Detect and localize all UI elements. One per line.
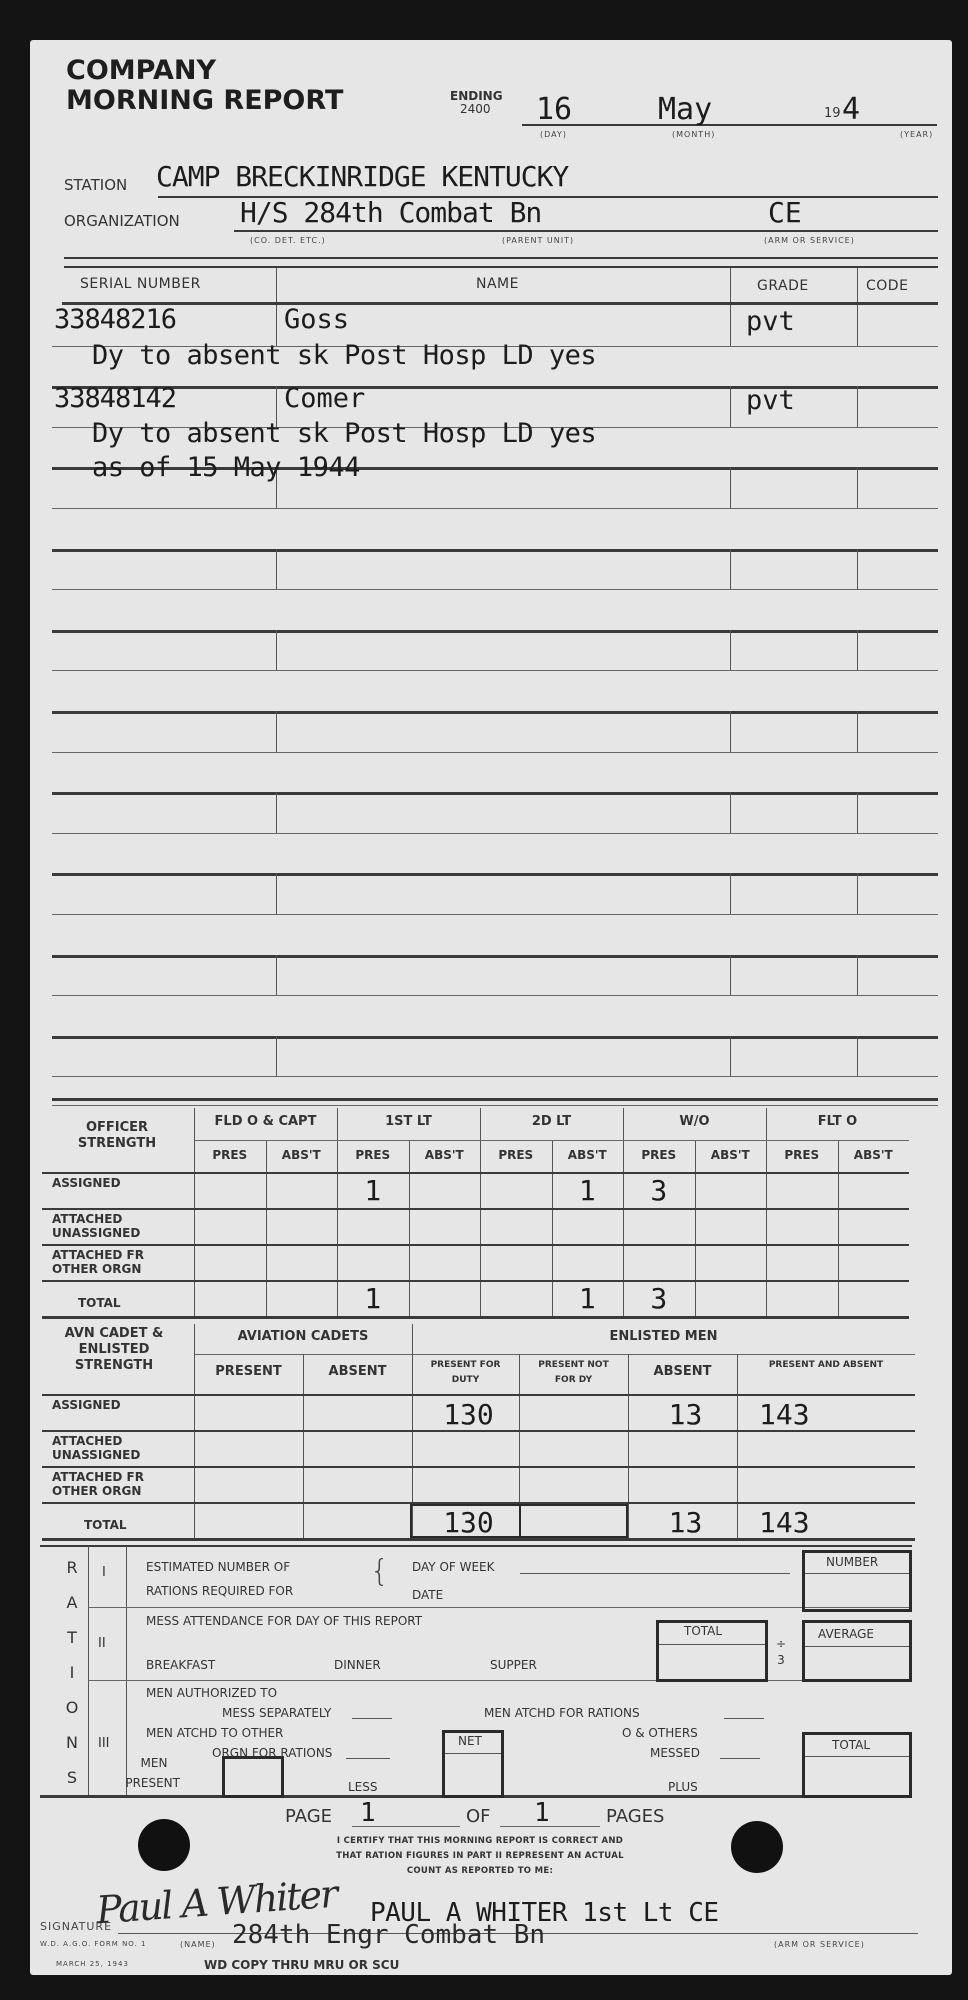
men-authorized-label-1: MEN AUTHORIZED TO — [146, 1686, 277, 1700]
number-box-rule — [805, 1573, 909, 1574]
ruled-line — [52, 589, 938, 590]
aviation-cadets-header: AVIATION CADETS — [194, 1329, 412, 1344]
men-present-box[interactable] — [222, 1756, 284, 1798]
enlisted-cell[interactable]: 143 — [743, 1398, 915, 1431]
entry-serial: 33848216 — [54, 304, 176, 335]
org-caption-arm: (ARM OR SERVICE) — [764, 236, 855, 245]
rations-side-label: R A T I O N S — [64, 1550, 80, 1795]
divider — [730, 955, 731, 996]
divider — [266, 1140, 267, 1316]
name-caption: (NAME) — [180, 1940, 216, 1949]
organization-label: ORGANIZATION — [64, 212, 180, 230]
less-label: LESS — [348, 1780, 378, 1794]
divider — [276, 873, 277, 914]
enlisted-men-header: ENLISTED MEN — [412, 1329, 915, 1344]
entry-grade: pvt — [746, 385, 795, 416]
total-3-label: TOTAL — [832, 1738, 870, 1752]
enlisted-sub-header: PRESENT FOR DUTY — [412, 1358, 519, 1388]
divider — [857, 1036, 858, 1077]
side-letter: I — [64, 1655, 80, 1690]
report-year: 4 — [842, 92, 860, 127]
officer-group-header: 2D LT — [480, 1114, 623, 1129]
men-atchd-other-label-1: MEN ATCHD TO OTHER — [146, 1726, 283, 1740]
entry-grade: pvt — [746, 306, 795, 337]
of-label: OF — [466, 1806, 491, 1827]
ruled-line — [52, 995, 938, 996]
ruled-line — [52, 833, 938, 834]
officer-sub-header: PRES — [623, 1148, 695, 1162]
officer-group-header: FLD O & CAPT — [194, 1114, 337, 1129]
station-label: STATION — [64, 176, 127, 194]
divider — [730, 630, 731, 671]
enlisted-sub-header: ABSENT — [628, 1364, 737, 1380]
officer-sub-header: PRES — [766, 1148, 838, 1162]
ruled-line — [52, 549, 938, 552]
men-atchd-rations-label: MEN ATCHD FOR RATIONS — [484, 1706, 640, 1720]
officer-cell[interactable]: 1 — [552, 1174, 624, 1207]
rule — [42, 1394, 915, 1396]
divider — [730, 386, 731, 427]
net-box-rule — [445, 1753, 501, 1754]
net-label: NET — [458, 1734, 482, 1748]
ruled-line — [52, 670, 938, 671]
brace-icon: { — [370, 1554, 389, 1589]
enlisted-sub-header: PRESENT — [194, 1364, 303, 1380]
officer-group-header: 1ST LT — [337, 1114, 480, 1129]
date-underline — [522, 124, 937, 126]
supper-label: SUPPER — [490, 1658, 537, 1672]
messed-line[interactable] — [720, 1758, 760, 1759]
pages-label: PAGES — [606, 1806, 664, 1827]
average-box-rule — [805, 1646, 909, 1647]
rule — [42, 1280, 909, 1282]
number-label: NUMBER — [826, 1555, 878, 1569]
divider — [838, 1140, 839, 1316]
part-1-number: I — [102, 1565, 106, 1580]
certify-line: THAT RATION FIGURES IN PART II REPRESENT… — [250, 1849, 710, 1864]
divider — [276, 711, 277, 752]
rule — [194, 1140, 909, 1141]
officer-sub-header: ABS'T — [838, 1148, 910, 1162]
mess-attendance-label: MESS ATTENDANCE FOR DAY OF THIS REPORT — [146, 1614, 422, 1628]
officer-sub-header: ABS'T — [266, 1148, 338, 1162]
divider — [857, 630, 858, 671]
total-label: TOTAL — [684, 1624, 722, 1638]
certify-line: I CERTIFY THAT THIS MORNING REPORT IS CO… — [250, 1834, 710, 1849]
o-others-label-2: MESSED — [650, 1746, 700, 1760]
officer-cell[interactable]: 1 — [337, 1282, 409, 1315]
side-letter: R — [64, 1550, 80, 1585]
divider — [276, 1036, 277, 1077]
enlisted-row-label: TOTAL — [84, 1518, 164, 1532]
enlisted-sub-header: ABSENT — [303, 1364, 412, 1380]
year-caption: (YEAR) — [900, 130, 933, 139]
day-of-week-line[interactable] — [520, 1573, 790, 1574]
divider — [519, 1504, 521, 1536]
divider — [276, 792, 277, 833]
divider — [730, 268, 731, 304]
divider — [730, 873, 731, 914]
entries-bottom-rule — [52, 1105, 938, 1106]
divider — [276, 955, 277, 996]
divider — [857, 549, 858, 590]
divider — [276, 268, 277, 304]
total-3-box-rule — [805, 1756, 909, 1757]
divide-by-three: ÷ 3 — [774, 1636, 788, 1668]
enlisted-sub-header: PRESENT NOT FOR DY — [519, 1358, 628, 1388]
header-rule-1 — [64, 257, 938, 259]
divider — [695, 1140, 696, 1316]
entries-bottom-rule — [52, 1098, 938, 1101]
divider — [276, 630, 277, 671]
divider — [857, 955, 858, 996]
arm-caption: (ARM OR SERVICE) — [774, 1940, 865, 1949]
plus-label: PLUS — [668, 1780, 698, 1794]
entry-name: Comer — [284, 383, 365, 414]
officer-sub-header: ABS'T — [695, 1148, 767, 1162]
rule — [42, 1538, 915, 1541]
form-title: COMPANY MORNING REPORT — [66, 56, 343, 116]
rations-rule — [88, 1607, 912, 1608]
officer-row-label: ASSIGNED — [52, 1176, 182, 1190]
divider — [276, 549, 277, 590]
part-2-number: II — [98, 1636, 106, 1651]
divider — [88, 1546, 89, 1796]
page-line — [352, 1826, 460, 1827]
divider — [730, 549, 731, 590]
divider — [857, 268, 858, 304]
col-grade: GRADE — [757, 278, 809, 294]
divider — [857, 792, 858, 833]
side-letter: S — [64, 1760, 80, 1795]
month-caption: (MONTH) — [672, 130, 715, 139]
enlisted-strength-title: AVN CADET & ENLISTED STRENGTH — [54, 1326, 174, 1374]
year-prefix: 19 — [824, 106, 841, 121]
officer-sub-header: ABS'T — [552, 1148, 624, 1162]
men-authorized-label-2: MESS SEPARATELY — [222, 1706, 331, 1720]
officer-sub-header: PRES — [480, 1148, 552, 1162]
title-line-2: MORNING REPORT — [66, 86, 343, 116]
col-serial-number: SERIAL NUMBER — [80, 276, 201, 292]
arm-service-value: CE — [768, 196, 802, 229]
dinner-label: DINNER — [334, 1658, 381, 1672]
part-1-label-2: RATIONS REQUIRED FOR — [146, 1584, 293, 1598]
divider — [857, 386, 858, 427]
pages-number: 1 — [534, 1798, 550, 1828]
divider — [857, 711, 858, 752]
side-letter: T — [64, 1620, 80, 1655]
enlisted-cell[interactable]: 143 — [743, 1506, 915, 1539]
date-label: DATE — [412, 1588, 443, 1602]
officer-group-header: W/O — [623, 1114, 766, 1129]
pages-line — [500, 1826, 600, 1827]
entry-name: Goss — [284, 304, 349, 335]
wd-copy-note: WD COPY THRU MRU OR SCU — [204, 1958, 399, 1972]
rule — [42, 1208, 909, 1210]
ruled-line — [52, 752, 938, 753]
officer-cell[interactable]: 1 — [552, 1282, 624, 1315]
col-code: CODE — [866, 278, 908, 294]
orgn-rations-line[interactable] — [346, 1758, 390, 1759]
divider — [857, 467, 858, 508]
page-number: 1 — [360, 1798, 376, 1828]
side-letter: O — [64, 1690, 80, 1725]
officer-row-label: ATTACHED FR OTHER ORGN — [52, 1248, 182, 1276]
enlisted-cell[interactable]: 130 — [418, 1398, 519, 1431]
rations-top-rule — [40, 1545, 912, 1547]
divider — [730, 1036, 731, 1077]
organization-value: H/S 284th Combat Bn — [240, 196, 541, 229]
divider — [857, 305, 858, 346]
entry-remark: as of 15 May 1944 — [92, 452, 360, 483]
divider — [303, 1354, 304, 1538]
rations-rule — [88, 1680, 912, 1681]
officer-sub-header: PRES — [194, 1148, 266, 1162]
ruled-line — [52, 508, 938, 509]
officer-strength-title: OFFICER STRENGTH — [62, 1120, 172, 1152]
divider — [409, 1140, 410, 1316]
rule — [42, 1172, 909, 1174]
col-name: NAME — [476, 276, 519, 292]
rule — [42, 1430, 915, 1432]
ruled-line — [52, 914, 938, 915]
divider — [730, 711, 731, 752]
station-value: CAMP BRECKINRIDGE KENTUCKY — [156, 160, 568, 193]
form-date: MARCH 25, 1943 — [56, 1960, 129, 1968]
part-3-number: III — [98, 1736, 110, 1751]
entry-serial: 33848142 — [54, 383, 176, 414]
punch-hole-left — [138, 1819, 190, 1871]
officer-sub-header: ABS'T — [409, 1148, 481, 1162]
enlisted-row-label: ATTACHED FR OTHER ORGN — [52, 1470, 182, 1498]
ruled-line — [52, 711, 938, 714]
entry-remark: Dy to absent sk Post Hosp LD yes — [92, 340, 596, 371]
divider — [730, 792, 731, 833]
divider — [730, 305, 731, 346]
side-letter: N — [64, 1725, 80, 1760]
enlisted-sub-header: PRESENT AND ABSENT — [737, 1358, 915, 1373]
org-caption-co: (CO. DET. ETC.) — [250, 236, 326, 245]
part-1-label-1: ESTIMATED NUMBER OF — [146, 1560, 290, 1574]
day-caption: (DAY) — [540, 130, 567, 139]
organization-underline — [234, 230, 938, 232]
report-day: 16 — [536, 92, 572, 127]
men-present-label-1: MEN — [124, 1756, 184, 1770]
officer-sub-header: PRES — [337, 1148, 409, 1162]
side-letter: A — [64, 1585, 80, 1620]
total-box-rule — [659, 1644, 765, 1645]
divider — [730, 467, 731, 508]
officer-cell[interactable]: 3 — [623, 1282, 695, 1315]
mess-separately-line[interactable] — [352, 1718, 392, 1719]
ending-time: 2400 — [450, 103, 503, 116]
form-number: W.D. A.G.O. FORM NO. 1 — [40, 1940, 146, 1948]
enlisted-row-label: ASSIGNED — [52, 1398, 182, 1412]
officer-cell[interactable]: 3 — [623, 1174, 695, 1207]
signer-unit: 284th Engr Combat Bn — [232, 1920, 545, 1950]
ruled-line — [52, 792, 938, 795]
men-present-label-2: PRESENT — [86, 1776, 180, 1790]
ruled-line — [52, 630, 938, 633]
divider — [628, 1354, 629, 1538]
title-line-1: COMPANY — [66, 56, 343, 86]
enlisted-row-label: ATTACHED UNASSIGNED — [52, 1434, 182, 1462]
rule — [42, 1244, 909, 1246]
rule — [42, 1466, 915, 1468]
entry-remark: Dy to absent sk Post Hosp LD yes — [92, 418, 596, 449]
enlisted-cell[interactable]: 13 — [634, 1398, 737, 1431]
punch-hole-right — [731, 1821, 783, 1873]
divider — [737, 1354, 738, 1538]
ruled-line — [52, 386, 938, 389]
breakfast-label: BREAKFAST — [146, 1658, 215, 1672]
ruled-line — [52, 1076, 938, 1077]
day-of-week-label: DAY OF WEEK — [412, 1560, 495, 1574]
o-others-label-1: O & OTHERS — [622, 1726, 698, 1740]
rule — [42, 1316, 909, 1319]
officer-row-label: TOTAL — [78, 1296, 158, 1310]
header-rule-2 — [64, 266, 938, 268]
enlisted-cell[interactable]: 13 — [634, 1506, 737, 1539]
divider — [857, 873, 858, 914]
report-month: May — [658, 92, 712, 127]
ruled-line — [52, 1036, 938, 1039]
men-atchd-rations-line[interactable] — [724, 1718, 764, 1719]
officer-cell[interactable]: 1 — [337, 1174, 409, 1207]
org-caption-parent: (PARENT UNIT) — [502, 236, 574, 245]
ending-label: ENDING 2400 — [450, 90, 503, 116]
ruled-line — [52, 955, 938, 958]
officer-group-header: FLT O — [766, 1114, 909, 1129]
ruled-line — [52, 873, 938, 876]
page-label: PAGE — [285, 1806, 332, 1827]
officer-row-label: ATTACHED UNASSIGNED — [52, 1212, 182, 1240]
entries-header-rule — [62, 302, 938, 305]
average-label: AVERAGE — [818, 1627, 874, 1641]
